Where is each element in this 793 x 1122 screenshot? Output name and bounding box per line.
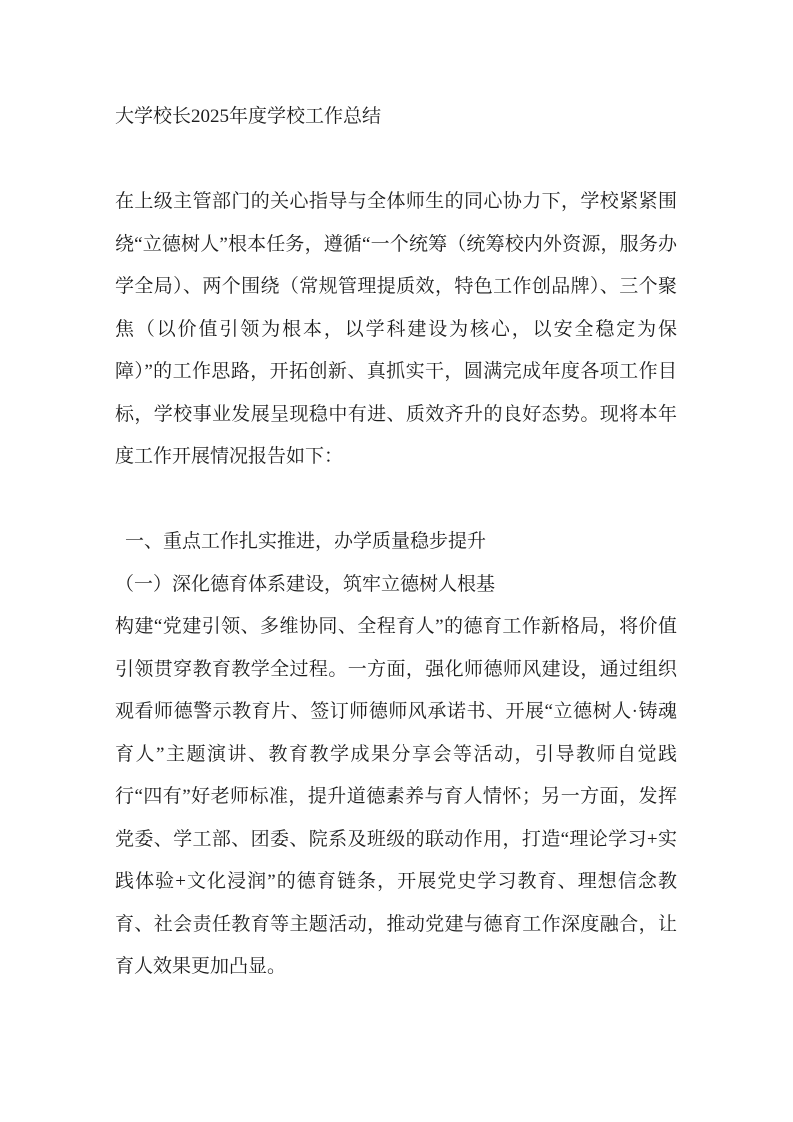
intro-paragraph: 在上级主管部门的关心指导与全体师生的同心协力下，学校紧紧围绕“立德树人”根本任务… (115, 181, 677, 479)
document-title: 大学校长2025年度学校工作总结 (115, 96, 677, 139)
section-subheading: （一）深化德育体系建设，筑牢立德树人根基 (115, 564, 677, 607)
section-heading: 一、重点工作扎实推进，办学质量稳步提升 (115, 521, 677, 564)
document-page: 大学校长2025年度学校工作总结 在上级主管部门的关心指导与全体师生的同心协力下… (0, 0, 793, 1122)
section-body-paragraph: 构建“党建引领、多维协同、全程育人”的德育工作新格局，将价值引领贯穿教育教学全过… (115, 606, 677, 989)
